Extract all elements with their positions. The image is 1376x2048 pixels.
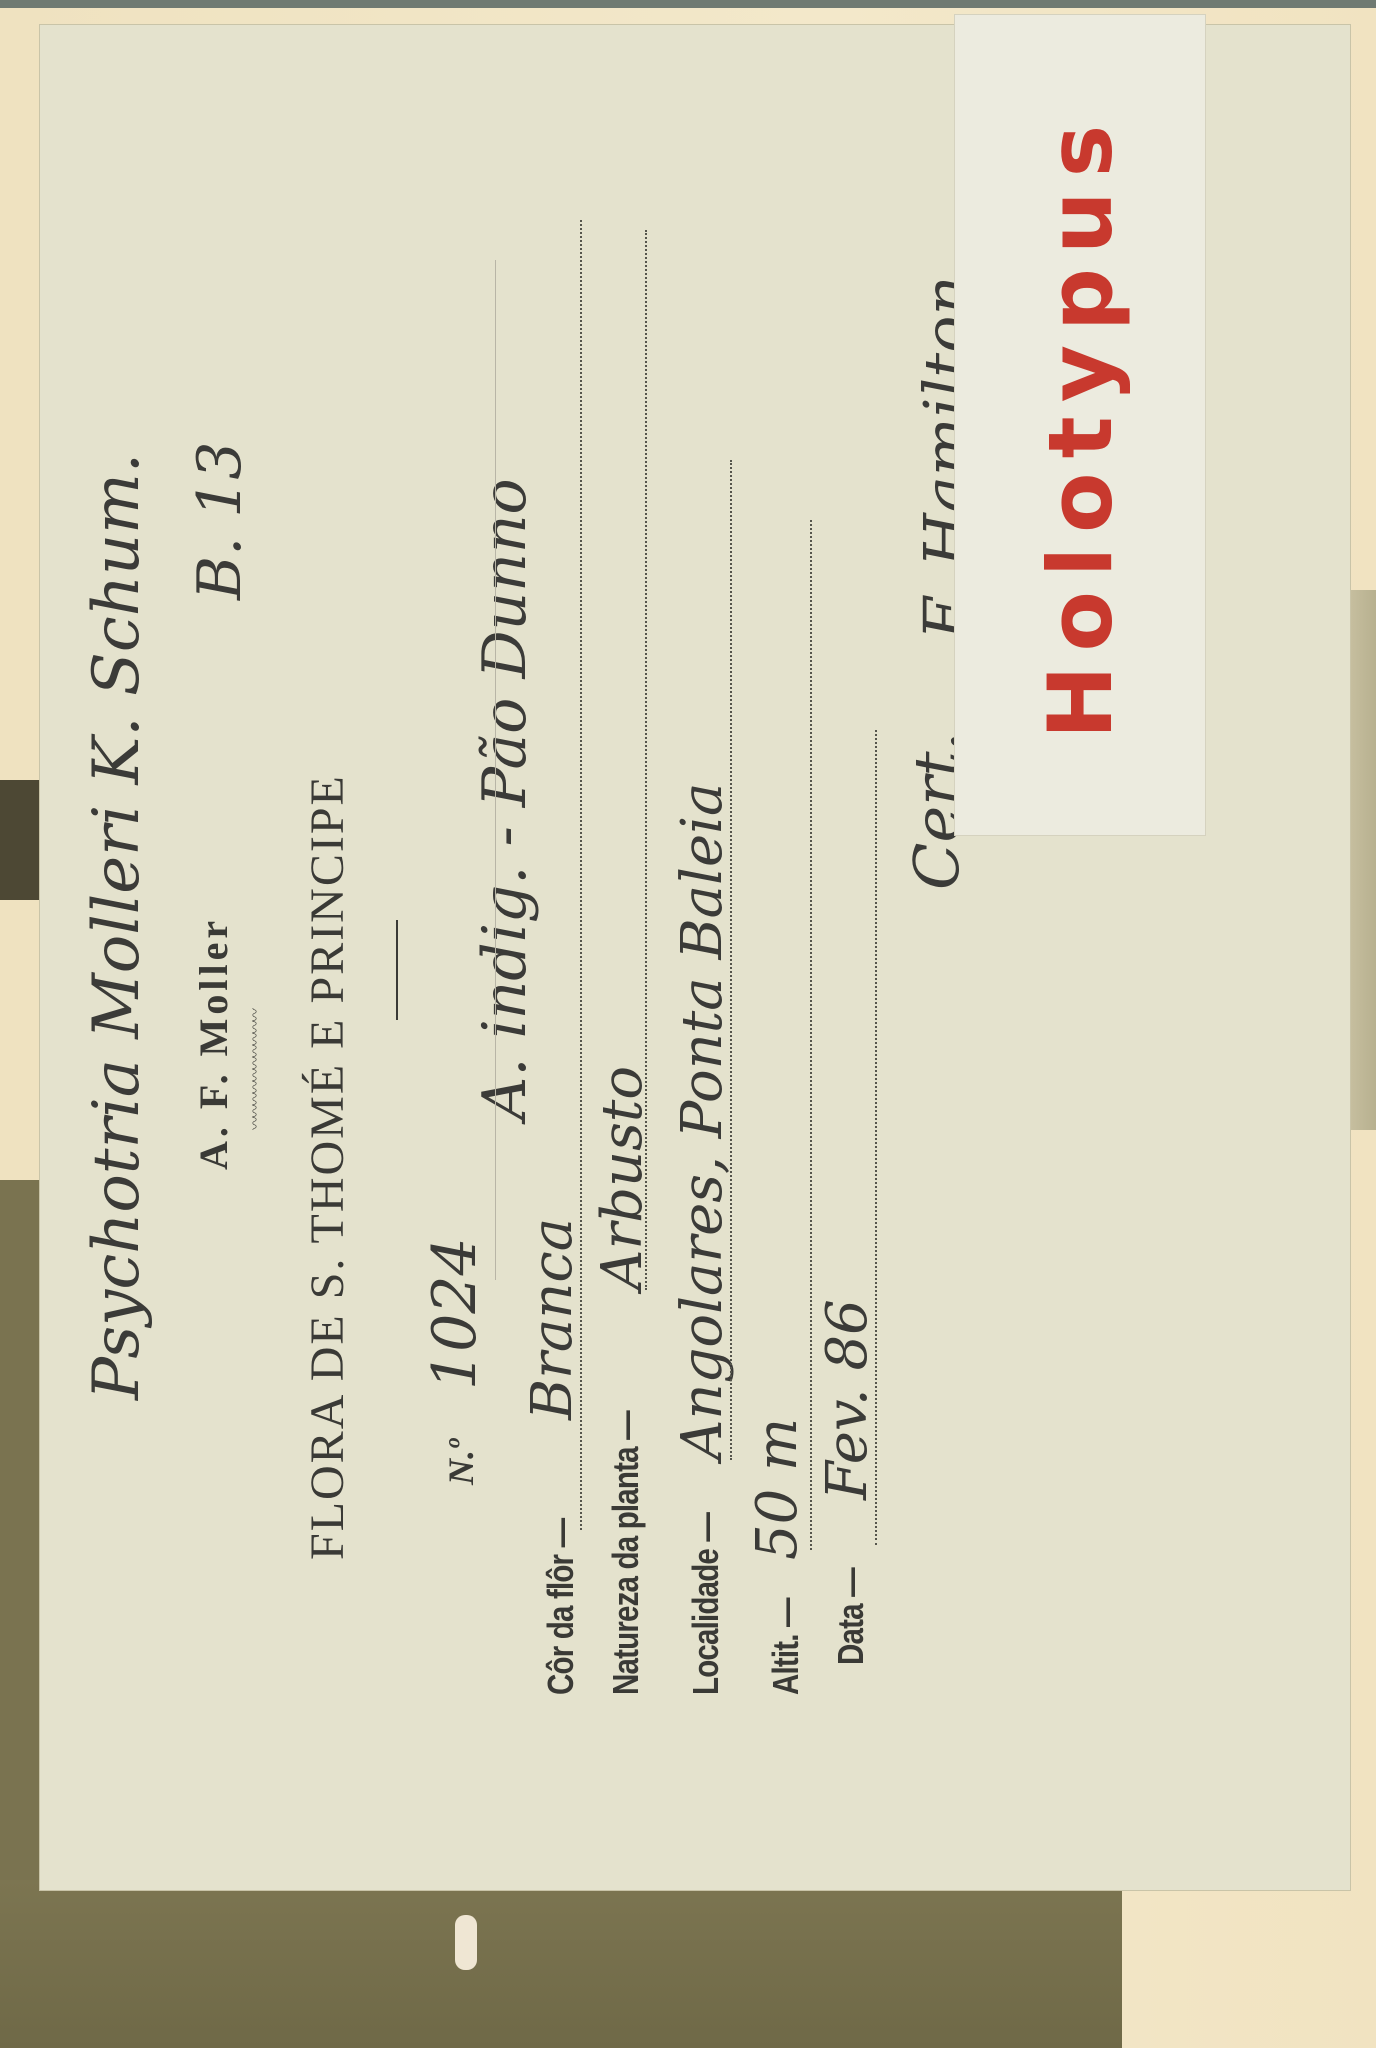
plant-leaf-bottom [0,1880,1122,2048]
specimen-label: Psychotria Molleri K. Schum. A. F. Molle… [40,25,1350,1890]
leaf-hole [455,1915,477,1970]
dotted-line-plant-nature [645,230,647,1290]
field-label-altitude: Altit. — [765,1598,807,1695]
number-note: A. indig. - Pão Dunno [470,478,540,1120]
field-value-altitude: 50 m [745,1418,810,1560]
field-value-date: Fev. 86 [815,1299,880,1500]
field-label-locality: Localidade — [685,1513,727,1695]
field-label-flower-color: Côr da flôr — [540,1519,582,1695]
number-underline [495,260,496,1280]
number-label: N.º [440,1439,482,1485]
dotted-line-date [875,730,877,1545]
label-title: FLORA DE S. THOMÉ E PRINCIPE [300,774,355,1560]
dotted-line-locality [730,460,732,1460]
field-label-date: Data — [830,1568,872,1665]
sheet-ref: B. 13 [185,441,255,600]
collector-name: A. F. Moller [190,917,237,1170]
label-rotated-canvas: Psychotria Molleri K. Schum. A. F. Molle… [40,25,1350,1890]
dotted-line-altitude [810,520,812,1550]
title-rule [396,920,398,1020]
ornament-rule: 〰〰〰〰〰〰〰〰〰〰 [245,1010,265,1130]
scanner-edge [0,0,1376,8]
holotype-text: Holotypus [955,15,1205,835]
holotype-slip: Holotypus [955,15,1205,835]
field-label-plant-nature: Natureza da planta — [605,1411,647,1695]
determination-text: Psychotria Molleri K. Schum. [80,453,154,1400]
field-value-flower-color: Branca [520,1218,585,1420]
dotted-line-flower-color [580,220,582,1530]
number-value: 1024 [420,1237,490,1390]
field-value-locality: Angolares, Ponta Baleia [670,783,735,1460]
